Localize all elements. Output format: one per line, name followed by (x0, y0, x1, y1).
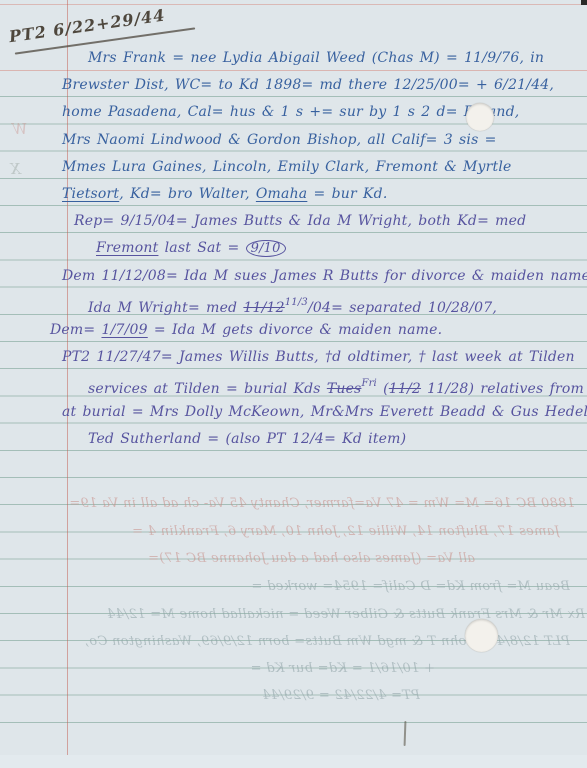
hole-punch (466, 103, 494, 131)
note-line: Dem 11/12/08= Ida M sues James R Butts f… (62, 264, 587, 288)
note-line-segment: services at Tilden = burial Kds (88, 381, 327, 397)
head-rule-line (0, 70, 587, 71)
bleedthrough-line: 1880 BC 16= M= Wm = 47 Va=farmer, Chanty… (35, 493, 575, 515)
note-line-segment: /04= separated 10/28/07, (308, 300, 497, 316)
notebook-page: PT2 6/22+29/44 Mrs Frank = nee Lydia Abi… (0, 0, 587, 755)
note-line: Brewster Dist, WC= to Kd 1898= md there … (62, 73, 554, 97)
note-line: home Pasadena, Cal= hus & 1 s += sur by … (62, 100, 519, 124)
bleedthrough-line: Beau M= from Kd= D Calif= 1954= worked = (240, 576, 570, 598)
note-line-segment: Rep= 9/15/04= James Butts & Ida M Wright… (74, 213, 526, 229)
note-line: Fremont last Sat = 9/10 (96, 236, 286, 260)
note-line-segment: Mrs Frank = nee Lydia Abigail Weed (Chas… (88, 50, 544, 66)
note-line-segment: 11/12 (243, 300, 284, 316)
note-line-segment: Tietsort (62, 186, 119, 202)
note-line-segment: Ida M Wright= med (88, 300, 243, 316)
note-line: PT2 11/27/47= James Willis Butts, †d old… (62, 345, 575, 369)
note-line: Tietsort, Kd= bro Walter, Omaha = bur Kd… (62, 182, 387, 206)
note-line-segment: 9/10 (246, 240, 286, 257)
note-line-segment: at burial = Mrs Dolly McKeown, Mr&Mrs Ev… (62, 404, 587, 420)
note-line-segment: last Sat = (158, 240, 245, 256)
note-line-segment: Ted Sutherland = (also PT 12/4= Kd item) (88, 431, 406, 447)
note-line-segment: Mmes Lura Gaines, Lincoln, Emily Clark, … (62, 159, 512, 175)
note-line-segment: Tues (327, 381, 362, 397)
stray-pen-mark (404, 721, 407, 746)
bleedthrough-line: PT= 4/22/42 = 9/29/44 (255, 685, 420, 707)
note-line-segment: Dem= (50, 322, 101, 338)
corner-mark (581, 0, 587, 5)
note-line-segment: 11/2 (389, 381, 421, 397)
bleedthrough-line: Rx Mr & Mrs Frank Butts & Gilber Weed = … (60, 604, 585, 626)
note-line-segment: 1/7/09 (101, 322, 147, 338)
note-line-segment: 11/28) relatives from Tilden (421, 381, 587, 397)
note-line-segment: Fri (361, 378, 377, 389)
note-line: Mmes Lura Gaines, Lincoln, Emily Clark, … (62, 155, 512, 179)
bleedthrough-line: James 17, Blufton 14, Willie 12, John 10… (90, 521, 560, 543)
scanner-background (0, 755, 587, 768)
note-line-segment: 11/3 (285, 297, 308, 308)
note-line: at burial = Mrs Dolly McKeown, Mr&Mrs Ev… (62, 400, 587, 424)
note-line-segment: Mrs Naomi Lindwood & Gordon Bishop, all … (62, 132, 497, 148)
bleedthrough-line: all Va= (James also had a dau Johanne BC… (115, 548, 475, 570)
note-line-segment: ( (377, 381, 389, 397)
note-line-segment: Brewster Dist, WC= to Kd 1898= md there … (62, 77, 554, 93)
note-line-segment: Fremont (96, 240, 158, 256)
note-line: Ida M Wright= med 11/1211/3/04= separate… (88, 291, 497, 320)
bleedthrough-line: + 10/16/1 = Kd= bur Kd = (225, 658, 435, 680)
note-line: Dem= 1/7/09 = Ida M gets divorce & maide… (50, 318, 442, 342)
note-line-segment: Omaha (256, 186, 307, 202)
note-line-segment: , Kd= bro Walter, (119, 186, 256, 202)
note-line-segment: Dem 11/12/08= Ida M sues James R Butts f… (62, 268, 587, 284)
note-line: Rep= 9/15/04= James Butts & Ida M Wright… (74, 209, 526, 233)
hole-punch (465, 619, 498, 652)
note-line: Ted Sutherland = (also PT 12/4= Kd item) (88, 427, 406, 451)
note-line-segment: PT2 11/27/47= James Willis Butts, †d old… (62, 349, 575, 365)
note-line: Mrs Naomi Lindwood & Gordon Bishop, all … (62, 128, 497, 152)
note-line-segment: home Pasadena, Cal= hus & 1 s += sur by … (62, 104, 519, 120)
note-line: services at Tilden = burial Kds TuesFri … (88, 372, 587, 401)
note-line-segment: = Ida M gets divorce & maiden name. (148, 322, 443, 338)
top-rule-line (0, 4, 587, 5)
note-line: Mrs Frank = nee Lydia Abigail Weed (Chas… (88, 46, 544, 70)
note-line-segment: = bur Kd. (307, 186, 387, 202)
